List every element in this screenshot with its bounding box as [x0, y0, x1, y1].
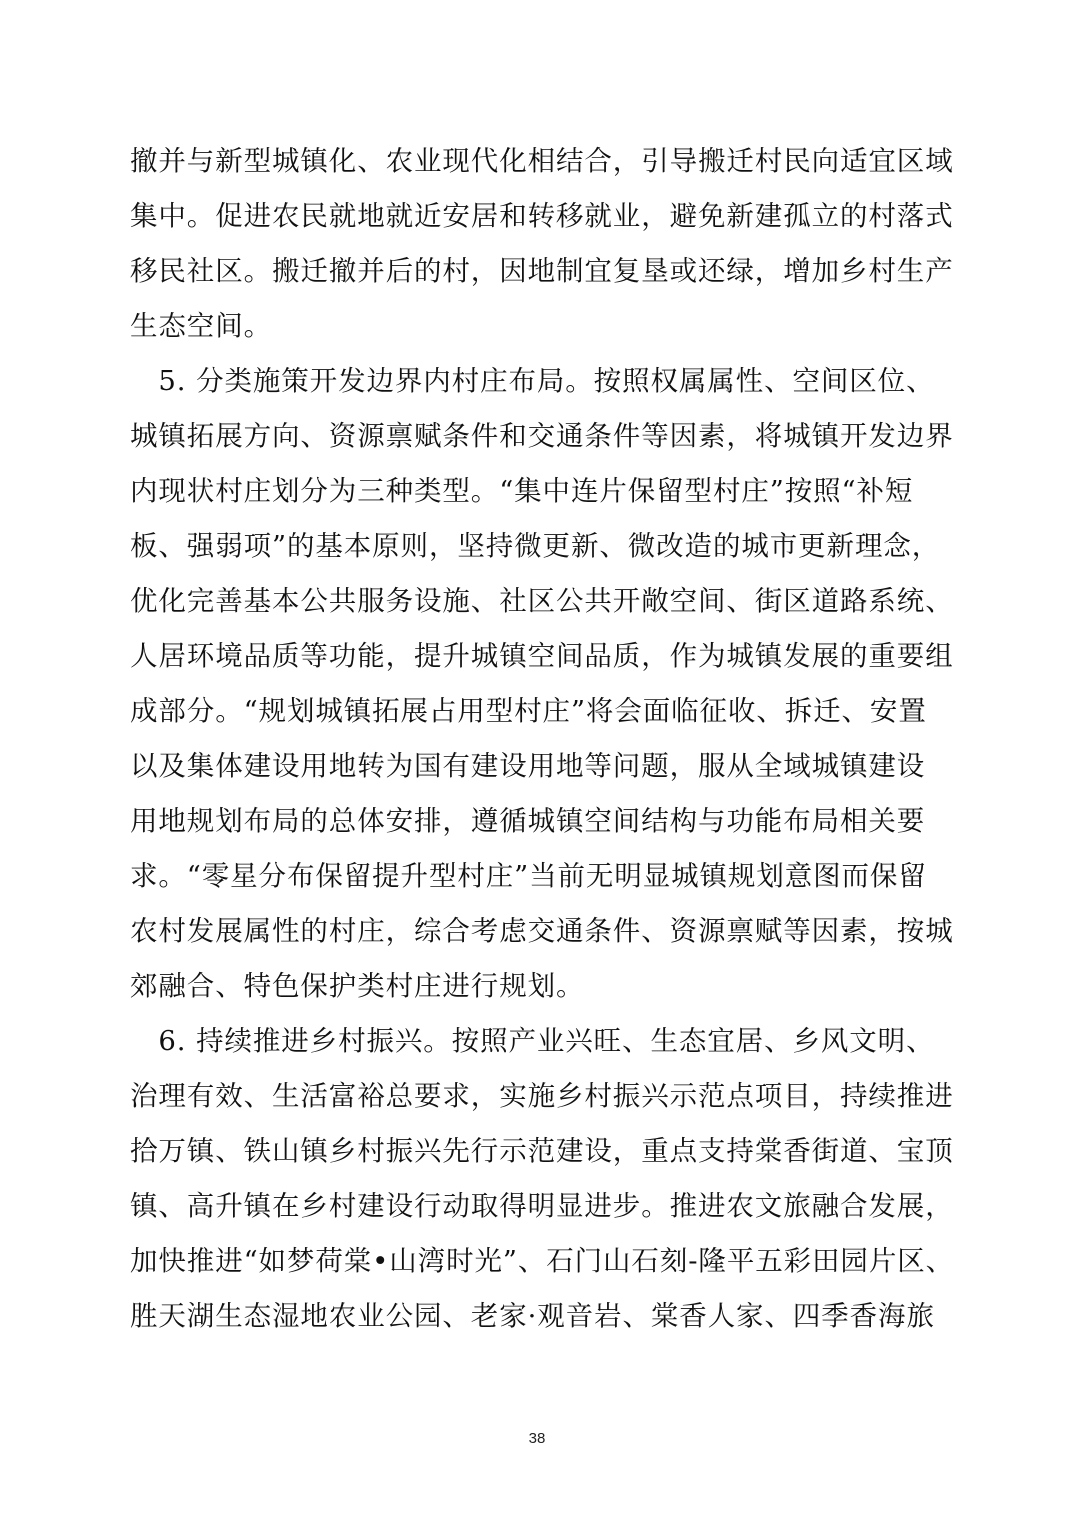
text-line: 生态空间。 [130, 306, 945, 346]
text-line: 移民社区。搬迁撤并后的村，因地制宜复垦或还绿，增加乡村生产 [130, 251, 945, 291]
text-line: 求。“零星分布保留提升型村庄”当前无明显城镇规划意图而保留 [130, 856, 945, 896]
text-line: 撤并与新型城镇化、农业现代化相结合，引导搬迁村民向适宜区域 [130, 141, 945, 181]
section-6-heading-line: 6. 持续推进乡村振兴。按照产业兴旺、生态宜居、乡风文明、 [130, 1021, 945, 1061]
document-page: 撤并与新型城镇化、农业现代化相结合，引导搬迁村民向适宜区域 集中。促进农民就地就… [0, 0, 1074, 1520]
text-line: 镇、高升镇在乡村建设行动取得明显进步。推进农文旅融合发展， [130, 1186, 945, 1226]
text-line: 成部分。“规划城镇拓展占用型村庄”将会面临征收、拆迁、安置 [130, 691, 945, 731]
text-line: 用地规划布局的总体安排，遵循城镇空间结构与功能布局相关要 [130, 801, 945, 841]
text-line: 胜天湖生态湿地农业公园、老家·观音岩、棠香人家、四季香海旅 [130, 1296, 945, 1336]
text-line: 集中。促进农民就地就近安居和转移就业，避免新建孤立的村落式 [130, 196, 945, 236]
text-line: 拾万镇、铁山镇乡村振兴先行示范建设，重点支持棠香街道、宝顶 [130, 1131, 945, 1171]
text-line: 农村发展属性的村庄，综合考虑交通条件、资源禀赋等因素，按城 [130, 911, 945, 951]
text-line: 治理有效、生活富裕总要求，实施乡村振兴示范点项目，持续推进 [130, 1076, 945, 1116]
text-line: 人居环境品质等功能，提升城镇空间品质，作为城镇发展的重要组 [130, 636, 945, 676]
text-line: 内现状村庄划分为三种类型。“集中连片保留型村庄”按照“补短 [130, 471, 945, 511]
text-line: 板、强弱项”的基本原则，坚持微更新、微改造的城市更新理念， [130, 526, 945, 566]
text-line: 城镇拓展方向、资源禀赋条件和交通条件等因素，将城镇开发边界 [130, 416, 945, 456]
text-line: 以及集体建设用地转为国有建设用地等问题，服从全域城镇建设 [130, 746, 945, 786]
page-number: 38 [0, 1430, 1074, 1447]
text-line: 优化完善基本公共服务设施、社区公共开敞空间、街区道路系统、 [130, 581, 945, 621]
section-5-heading-line: 5. 分类施策开发边界内村庄布局。按照权属属性、空间区位、 [130, 361, 945, 401]
text-line: 加快推进“如梦荷棠•山湾时光”、石门山石刻-隆平五彩田园片区、 [130, 1241, 945, 1281]
text-line: 郊融合、特色保护类村庄进行规划。 [130, 966, 945, 1006]
